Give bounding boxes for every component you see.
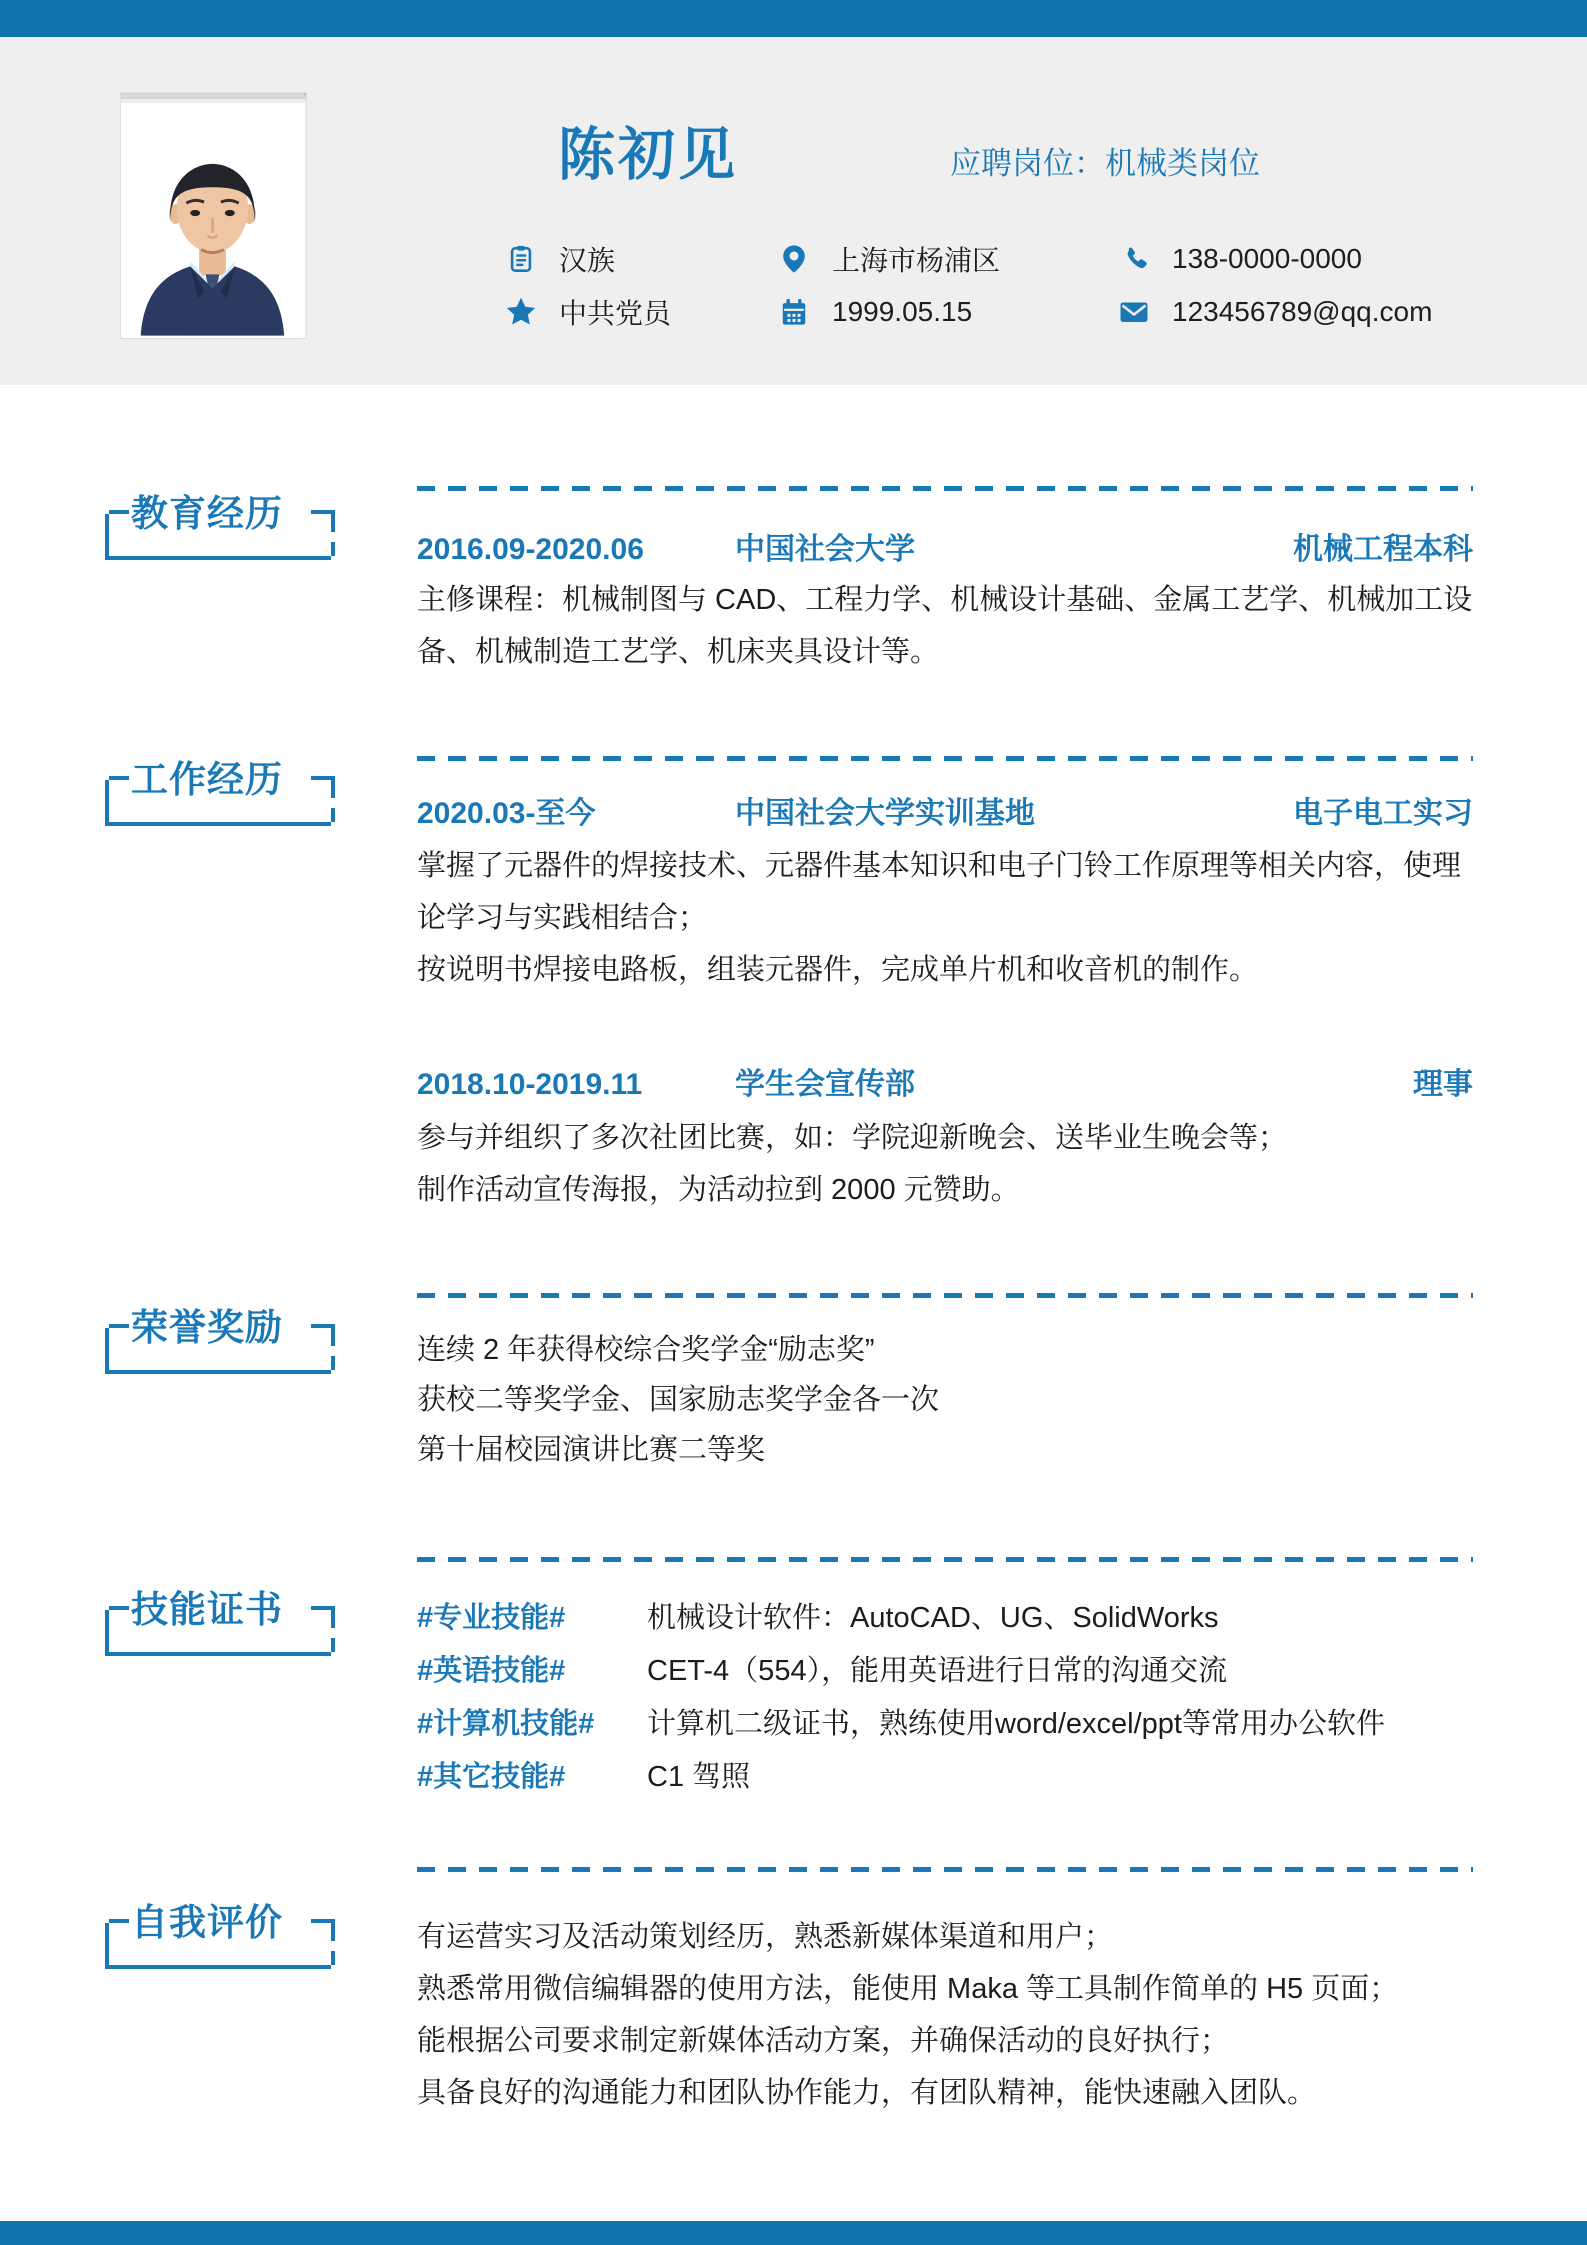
self-evaluation-line: 有运营实习及活动策划经历，熟悉新媒体渠道和用户； <box>417 1911 1473 1963</box>
info-party: 中共党员 <box>505 294 671 330</box>
skill-value: 机械设计软件：AutoCAD、UG、SolidWorks <box>647 1592 1473 1645</box>
self-evaluation-line: 具备良好的沟通能力和团队协作能力，有团队精神，能快速融入团队。 <box>417 2067 1473 2119</box>
skill-row: #英语技能# CET-4（554），能用英语进行日常的沟通交流 <box>417 1645 1473 1698</box>
info-email: 123456789@qq.com <box>1118 294 1432 330</box>
info-location: 上海市杨浦区 <box>778 241 1000 277</box>
skill-value: CET-4（554），能用英语进行日常的沟通交流 <box>647 1645 1473 1698</box>
resume-page: 陈初见 应聘岗位：机械类岗位 汉族 上海市杨浦区 138-0000-0000 中… <box>0 0 1587 2245</box>
work-entry-row: 2018.10-2019.11 学生会宣传部 理事 <box>417 1066 1473 1104</box>
skill-row: #专业技能# 机械设计软件：AutoCAD、UG、SolidWorks <box>417 1592 1473 1645</box>
detail-line: 主修课程：机械制图与 CAD、工程力学、机械设计基础、金属工艺学、机械加工设备、… <box>417 574 1473 678</box>
skill-label: #计算机技能# <box>417 1698 647 1751</box>
divider-dashed <box>417 486 1473 491</box>
divider-dashed <box>417 1557 1473 1562</box>
honor-line: 连续 2 年获得校综合奖学金“励志奖” <box>417 1325 1473 1375</box>
detail-line: 制作活动宣传海报，为活动拉到 2000 元赞助。 <box>417 1164 1473 1216</box>
portrait-illustration <box>121 93 304 336</box>
section-title: 技能证书 <box>105 1588 331 1632</box>
education-entry-row: 2016.09-2020.06 中国社会大学 机械工程本科 <box>417 531 1473 569</box>
section-heading-skills: 技能证书 <box>105 1588 331 1658</box>
entry-organization: 中国社会大学实训基地 <box>735 795 1293 833</box>
phone-icon <box>1118 243 1150 275</box>
honor-line: 第十届校园演讲比赛二等奖 <box>417 1425 1473 1475</box>
detail-line: 掌握了元器件的焊接技术、元器件基本知识和电子门铃工作原理等相关内容，使理论学习与… <box>417 840 1473 944</box>
entry-period: 2020.03-至今 <box>417 795 735 833</box>
location-icon <box>778 243 810 275</box>
target-position: 应聘岗位：机械类岗位 <box>950 138 1260 183</box>
detail-line: 按说明书焊接电路板，组装元器件，完成单片机和收音机的制作。 <box>417 944 1473 996</box>
section-title: 自我评价 <box>105 1901 331 1945</box>
entry-period: 2018.10-2019.11 <box>417 1066 735 1104</box>
education-details: 主修课程：机械制图与 CAD、工程力学、机械设计基础、金属工艺学、机械加工设备、… <box>417 574 1473 678</box>
resume-header: 陈初见 应聘岗位：机械类岗位 汉族 上海市杨浦区 138-0000-0000 中… <box>0 37 1587 385</box>
skill-row: #计算机技能# 计算机二级证书，熟练使用word/excel/ppt等常用办公软… <box>417 1698 1473 1751</box>
email-text: 123456789@qq.com <box>1172 296 1432 328</box>
skill-value: 计算机二级证书，熟练使用word/excel/ppt等常用办公软件 <box>647 1698 1473 1751</box>
divider-dashed <box>417 1293 1473 1298</box>
entry-role: 电子电工实习 <box>1293 795 1473 833</box>
section-title: 荣誉奖励 <box>105 1306 331 1350</box>
entry-period: 2016.09-2020.06 <box>417 531 735 569</box>
info-ethnicity: 汉族 <box>505 241 615 277</box>
party-text: 中共党员 <box>559 292 671 332</box>
info-phone: 138-0000-0000 <box>1118 241 1362 277</box>
entry-organization: 学生会宣传部 <box>735 1066 1413 1104</box>
work-details: 参与并组织了多次社团比赛，如：学院迎新晚会、送毕业生晚会等； 制作活动宣传海报，… <box>417 1112 1473 1216</box>
calendar-icon <box>778 296 810 328</box>
skill-row: #其它技能# C1 驾照 <box>417 1751 1473 1804</box>
section-title: 工作经历 <box>105 758 331 802</box>
skills-table: #专业技能# 机械设计软件：AutoCAD、UG、SolidWorks #英语技… <box>417 1592 1473 1804</box>
candidate-name: 陈初见 <box>558 109 738 191</box>
top-bar <box>0 0 1587 37</box>
skill-value: C1 驾照 <box>647 1751 1473 1804</box>
skill-label: #其它技能# <box>417 1751 647 1804</box>
self-evaluation-line: 能根据公司要求制定新媒体活动方案，并确保活动的良好执行； <box>417 2015 1473 2067</box>
honors-list: 连续 2 年获得校综合奖学金“励志奖” 获校二等奖学金、国家励志奖学金各一次 第… <box>417 1325 1473 1475</box>
portrait-photo <box>120 92 307 339</box>
self-evaluation-line: 熟悉常用微信编辑器的使用方法，能使用 Maka 等工具制作简单的 H5 页面； <box>417 1963 1473 2015</box>
birthday-text: 1999.05.15 <box>832 296 972 328</box>
entry-role: 机械工程本科 <box>1293 531 1473 569</box>
location-text: 上海市杨浦区 <box>832 239 1000 279</box>
honor-line: 获校二等奖学金、国家励志奖学金各一次 <box>417 1375 1473 1425</box>
star-icon <box>505 296 537 328</box>
work-details: 掌握了元器件的焊接技术、元器件基本知识和电子门铃工作原理等相关内容，使理论学习与… <box>417 840 1473 996</box>
section-heading-honors: 荣誉奖励 <box>105 1306 331 1376</box>
section-heading-work: 工作经历 <box>105 758 331 828</box>
section-title: 教育经历 <box>105 492 331 536</box>
divider-dashed <box>417 756 1473 761</box>
skill-label: #专业技能# <box>417 1592 647 1645</box>
work-entry-row: 2020.03-至今 中国社会大学实训基地 电子电工实习 <box>417 795 1473 833</box>
skill-label: #英语技能# <box>417 1645 647 1698</box>
self-evaluation-list: 有运营实习及活动策划经历，熟悉新媒体渠道和用户； 熟悉常用微信编辑器的使用方法，… <box>417 1911 1473 2119</box>
section-heading-education: 教育经历 <box>105 492 331 562</box>
bottom-bar <box>0 2221 1587 2245</box>
divider-dashed <box>417 1867 1473 1872</box>
section-heading-self-evaluation: 自我评价 <box>105 1901 331 1971</box>
ethnicity-text: 汉族 <box>559 239 615 279</box>
entry-organization: 中国社会大学 <box>735 531 1293 569</box>
detail-line: 参与并组织了多次社团比赛，如：学院迎新晚会、送毕业生晚会等； <box>417 1112 1473 1164</box>
id-card-icon <box>505 243 537 275</box>
phone-text: 138-0000-0000 <box>1172 243 1362 275</box>
info-birthday: 1999.05.15 <box>778 294 972 330</box>
entry-role: 理事 <box>1413 1066 1473 1104</box>
email-icon <box>1118 296 1150 328</box>
